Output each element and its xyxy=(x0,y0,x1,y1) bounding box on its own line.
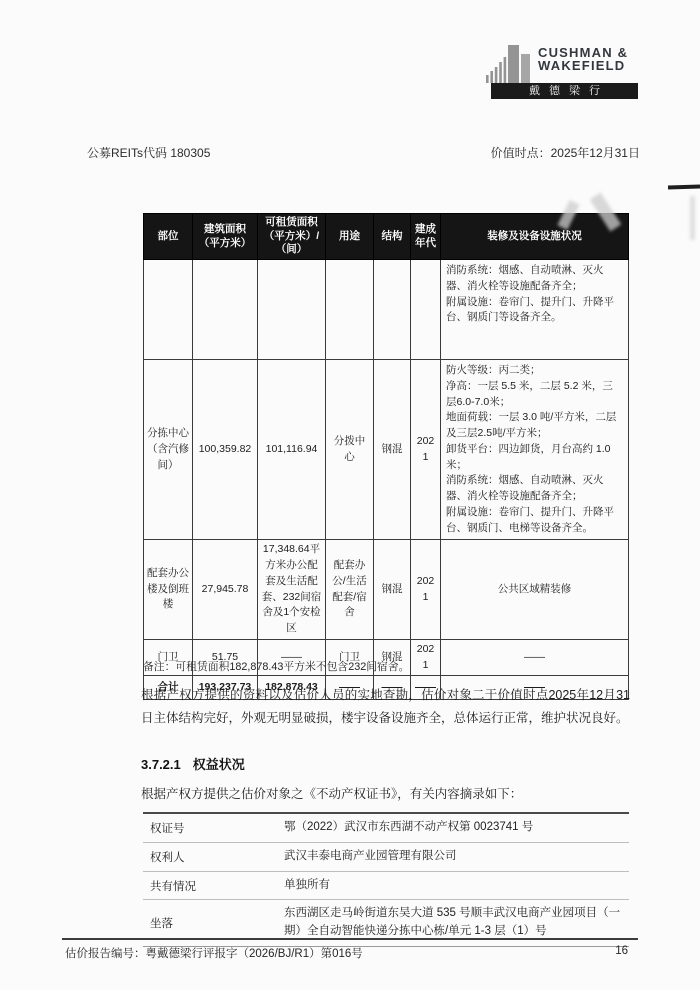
table-cell: 公共区域精装修 xyxy=(441,540,629,640)
table-cell: 2021 xyxy=(411,540,441,640)
section-number: 3.7.2.1 xyxy=(141,757,181,772)
logo-line2: WAKEFIELD xyxy=(538,60,628,73)
table-footnote: 备注：可租赁面积182,878.43平方米不包含232间宿舍。 xyxy=(143,659,409,674)
report-number: 估价报告编号：粤戴德梁行评报字（2026/BJ/R1）第016号 xyxy=(65,945,363,961)
building-info-table: 部位建筑面积 （平方米）可租赁面积 （平方米）/ （间）用途结构建成 年代装修及… xyxy=(143,213,629,700)
column-header: 建筑面积 （平方米） xyxy=(193,214,258,260)
logo-wordmark: CUSHMAN & WAKEFIELD xyxy=(538,47,628,72)
table-cell xyxy=(144,260,193,360)
cert-value: 单独所有 xyxy=(284,871,629,900)
certificate-intro-paragraph: 根据产权方提供之估价对象之《不动产权证书》，有关内容摘录如下： xyxy=(141,783,630,806)
table-cell: 配套办公楼及倒班楼 xyxy=(144,540,193,640)
building-table-body: 消防系统：烟感、自动喷淋、灭火器、消火栓等设施配备齐全； 附属设施：卷帘门、提升… xyxy=(144,260,629,700)
column-header: 装修及设备设施状况 xyxy=(441,214,629,260)
valuation-date: 价值时点：2025年12月31日 xyxy=(491,144,640,161)
table-row: 配套办公楼及倒班楼27,945.7817,348.64平方米办公配套及生活配套、… xyxy=(144,540,629,640)
table-cell: 2021 xyxy=(411,360,441,540)
column-header: 可租赁面积 （平方米）/ （间） xyxy=(258,214,326,260)
cert-label: 共有情况 xyxy=(143,871,284,900)
condition-paragraph: 根据产权方提供的资料以及估价人员的实地查勘，估价对象二于价值时点2025年12月… xyxy=(141,684,630,730)
table-cell: 2021 xyxy=(411,639,441,676)
scan-artifact-mark xyxy=(668,184,700,189)
table-cell: 分拨中心 xyxy=(326,360,374,540)
table-cell: 17,348.64平方米办公配套及生活配套、232间宿舍及1个安检区 xyxy=(258,540,326,640)
table-row: 权利人 武汉丰泰电商产业园管理有限公司 xyxy=(143,842,629,871)
table-cell: 27,945.78 xyxy=(193,540,258,640)
column-header: 结构 xyxy=(374,214,411,260)
table-cell xyxy=(374,260,411,360)
table-cell xyxy=(193,260,258,360)
certificate-table: 权证号 鄂（2022）武汉市东西湖不动产权第 0023741 号 权利人 武汉丰… xyxy=(143,812,629,947)
table-cell xyxy=(411,260,441,360)
table-header-row: 部位建筑面积 （平方米）可租赁面积 （平方米）/ （间）用途结构建成 年代装修及… xyxy=(144,214,629,260)
cert-value: 武汉丰泰电商产业园管理有限公司 xyxy=(284,842,629,871)
table-cell: 防火等级：丙二类； 净高：一层 5.5 米，二层 5.2 米，三层6.0-7.0… xyxy=(441,360,629,540)
cert-label: 权证号 xyxy=(143,813,284,842)
table-row: 分拣中心（含汽修间）100,359.82101,116.94分拨中心钢混2021… xyxy=(144,360,629,540)
table-cell: 101,116.94 xyxy=(258,360,326,540)
page-number: 16 xyxy=(615,945,628,957)
table-cell xyxy=(258,260,326,360)
table-cell: 消防系统：烟感、自动喷淋、灭火器、消火栓等设施配备齐全； 附属设施：卷帘门、提升… xyxy=(441,260,629,360)
table-cell: 钢混 xyxy=(374,540,411,640)
section-heading: 3.7.2.1权益状况 xyxy=(141,754,245,773)
table-row: 权证号 鄂（2022）武汉市东西湖不动产权第 0023741 号 xyxy=(143,813,629,842)
cert-label: 权利人 xyxy=(143,842,284,871)
table-cell xyxy=(326,260,374,360)
reits-code: 公募REITs代码 180305 xyxy=(87,144,210,161)
table-cell: 100,359.82 xyxy=(193,360,258,540)
table-cell: 分拣中心（含汽修间） xyxy=(144,360,193,540)
column-header: 建成 年代 xyxy=(411,214,441,260)
table-row: 消防系统：烟感、自动喷淋、灭火器、消火栓等设施配备齐全； 附属设施：卷帘门、提升… xyxy=(144,260,629,360)
table-cell: —— xyxy=(441,639,629,676)
table-cell: 配套办公/生活配套/宿舍 xyxy=(326,540,374,640)
column-header: 用途 xyxy=(326,214,374,260)
scan-smudge xyxy=(690,196,695,240)
column-header: 部位 xyxy=(144,214,193,260)
cert-value: 鄂（2022）武汉市东西湖不动产权第 0023741 号 xyxy=(284,813,629,842)
table-cell: 钢混 xyxy=(374,360,411,540)
footer-rule xyxy=(62,938,638,940)
table-row: 共有情况 单独所有 xyxy=(143,871,629,900)
section-title: 权益状况 xyxy=(193,757,245,772)
logo-chinese-bar: 戴德梁行 xyxy=(491,83,638,99)
building-bars-icon xyxy=(486,45,532,88)
